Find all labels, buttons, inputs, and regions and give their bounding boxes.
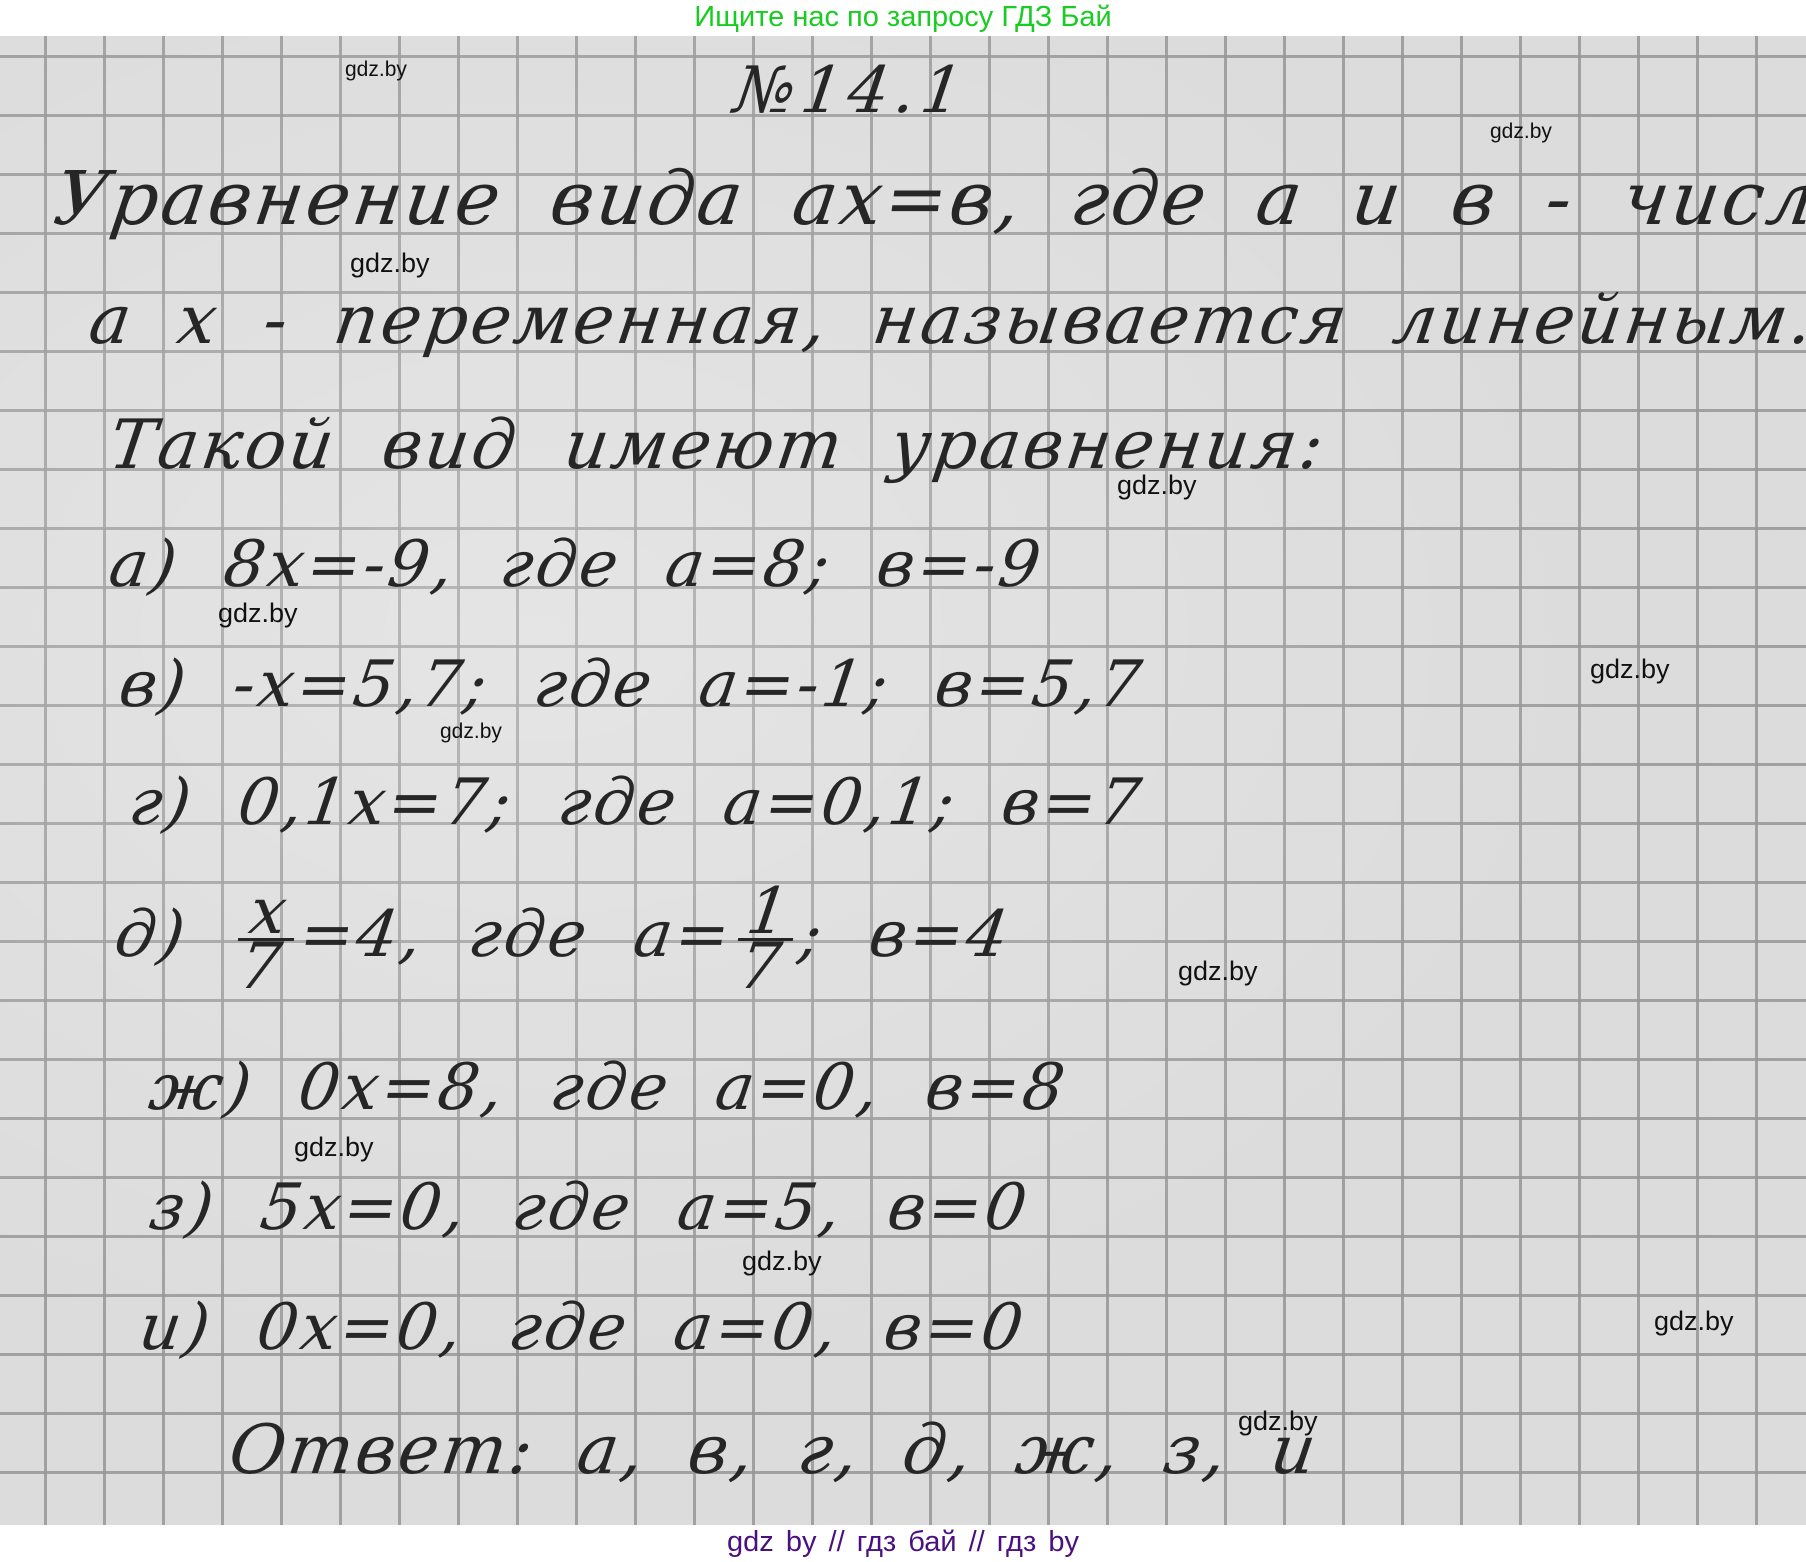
watermark: gdz.by <box>1590 654 1670 685</box>
item-label: з) <box>145 1171 221 1245</box>
item-label: ж) <box>145 1051 259 1125</box>
watermark: gdz.by <box>742 1246 822 1277</box>
coef-b: в=7 <box>997 766 1148 840</box>
equation: 5х=0, <box>256 1171 473 1245</box>
equation-item-z: з) 5х=0, где а=5, в=0 <box>145 1171 1034 1245</box>
fraction-one-seventh: 1 7 <box>730 886 801 993</box>
coef-b: в=5,7 <box>931 648 1149 722</box>
coef-b: в=0 <box>879 1291 1030 1365</box>
coef-a: а=-1; <box>695 648 896 722</box>
equation-item-a: а) 8х=-9, где а=8; в=-9 <box>105 528 1048 602</box>
notebook-page: №14.1 Уравнение вида ах=в, где а и в - ч… <box>0 36 1806 1525</box>
where-word: где <box>546 1051 676 1125</box>
coef-a: а=8; <box>661 528 837 602</box>
definition-line-1: Уравнение вида ах=в, где а и в - числа, <box>49 156 1806 242</box>
equation-item-g: г) 0,1х=7; где а=0,1; в=7 <box>125 766 1148 840</box>
coef-b: в=-9 <box>872 528 1048 602</box>
watermark: gdz.by <box>345 58 407 82</box>
watermark: gdz.by <box>350 248 430 279</box>
watermark: gdz.by <box>218 598 298 629</box>
equation: 0х=8, <box>294 1051 511 1125</box>
equation: -х=5,7; <box>228 648 494 722</box>
where-word: где <box>529 648 659 722</box>
coef-b: в=0 <box>883 1171 1034 1245</box>
where-word: где <box>496 528 626 602</box>
equation-item-zh: ж) 0х=8, где а=0, в=8 <box>145 1051 1072 1125</box>
equation-item-i: и) 0х=0, где а=0, в=0 <box>135 1291 1031 1365</box>
definition-line-2: а х - переменная, называется линейным. <box>84 281 1806 360</box>
fraction-denominator: 7 <box>730 941 793 993</box>
watermark: gdz.by <box>1178 956 1258 987</box>
watermark: gdz.by <box>1490 120 1552 144</box>
watermark: gdz.by <box>1654 1306 1734 1337</box>
equation-item-b: в) -х=5,7; где а=-1; в=5,7 <box>115 648 1149 722</box>
coef-a: а=0, <box>711 1051 886 1125</box>
coef-a-suffix: ; <box>795 898 830 972</box>
watermark: gdz.by <box>1117 470 1197 501</box>
equation: 0х=0, <box>252 1291 469 1365</box>
where-word: где <box>464 898 594 972</box>
watermark: gdz.by <box>440 720 502 744</box>
coef-a-prefix: а= <box>629 898 737 972</box>
exercise-number: №14.1 <box>730 54 973 128</box>
fraction-x-over-7: х 7 <box>230 886 301 993</box>
equation: 0,1х=7; <box>233 766 518 840</box>
coef-b: в=4 <box>865 898 1016 972</box>
item-label: д) <box>110 898 192 972</box>
coef-a: а=5, <box>673 1171 848 1245</box>
answer-line: Ответ: а, в, г, д, ж, з, и <box>224 1411 1323 1490</box>
where-word: где <box>554 766 684 840</box>
watermark: gdz.by <box>294 1132 374 1163</box>
coef-b: в=8 <box>921 1051 1072 1125</box>
item-label: а) <box>105 528 185 602</box>
item-label: в) <box>115 648 194 722</box>
coef-a: а=0, <box>669 1291 844 1365</box>
item-label: и) <box>135 1291 218 1365</box>
top-banner: Ищите нас по запросу ГДЗ Бай <box>0 0 1806 36</box>
fraction-denominator: 7 <box>230 941 293 993</box>
equation-item-d: д) х 7 =4, где а= 1 7 ; в=4 <box>107 886 1017 993</box>
equation-tail: =4, <box>295 898 429 972</box>
item-label: г) <box>125 766 199 840</box>
page: Ищите нас по запросу ГДЗ Бай №14.1 Уравн… <box>0 0 1806 1562</box>
equation: 8х=-9, <box>219 528 461 602</box>
watermark: gdz.by <box>1238 1406 1318 1437</box>
coef-a: а=0,1; <box>719 766 963 840</box>
where-word: где <box>504 1291 634 1365</box>
where-word: где <box>508 1171 638 1245</box>
bottom-banner: gdz by // гдз бай // гдз by <box>0 1525 1806 1562</box>
